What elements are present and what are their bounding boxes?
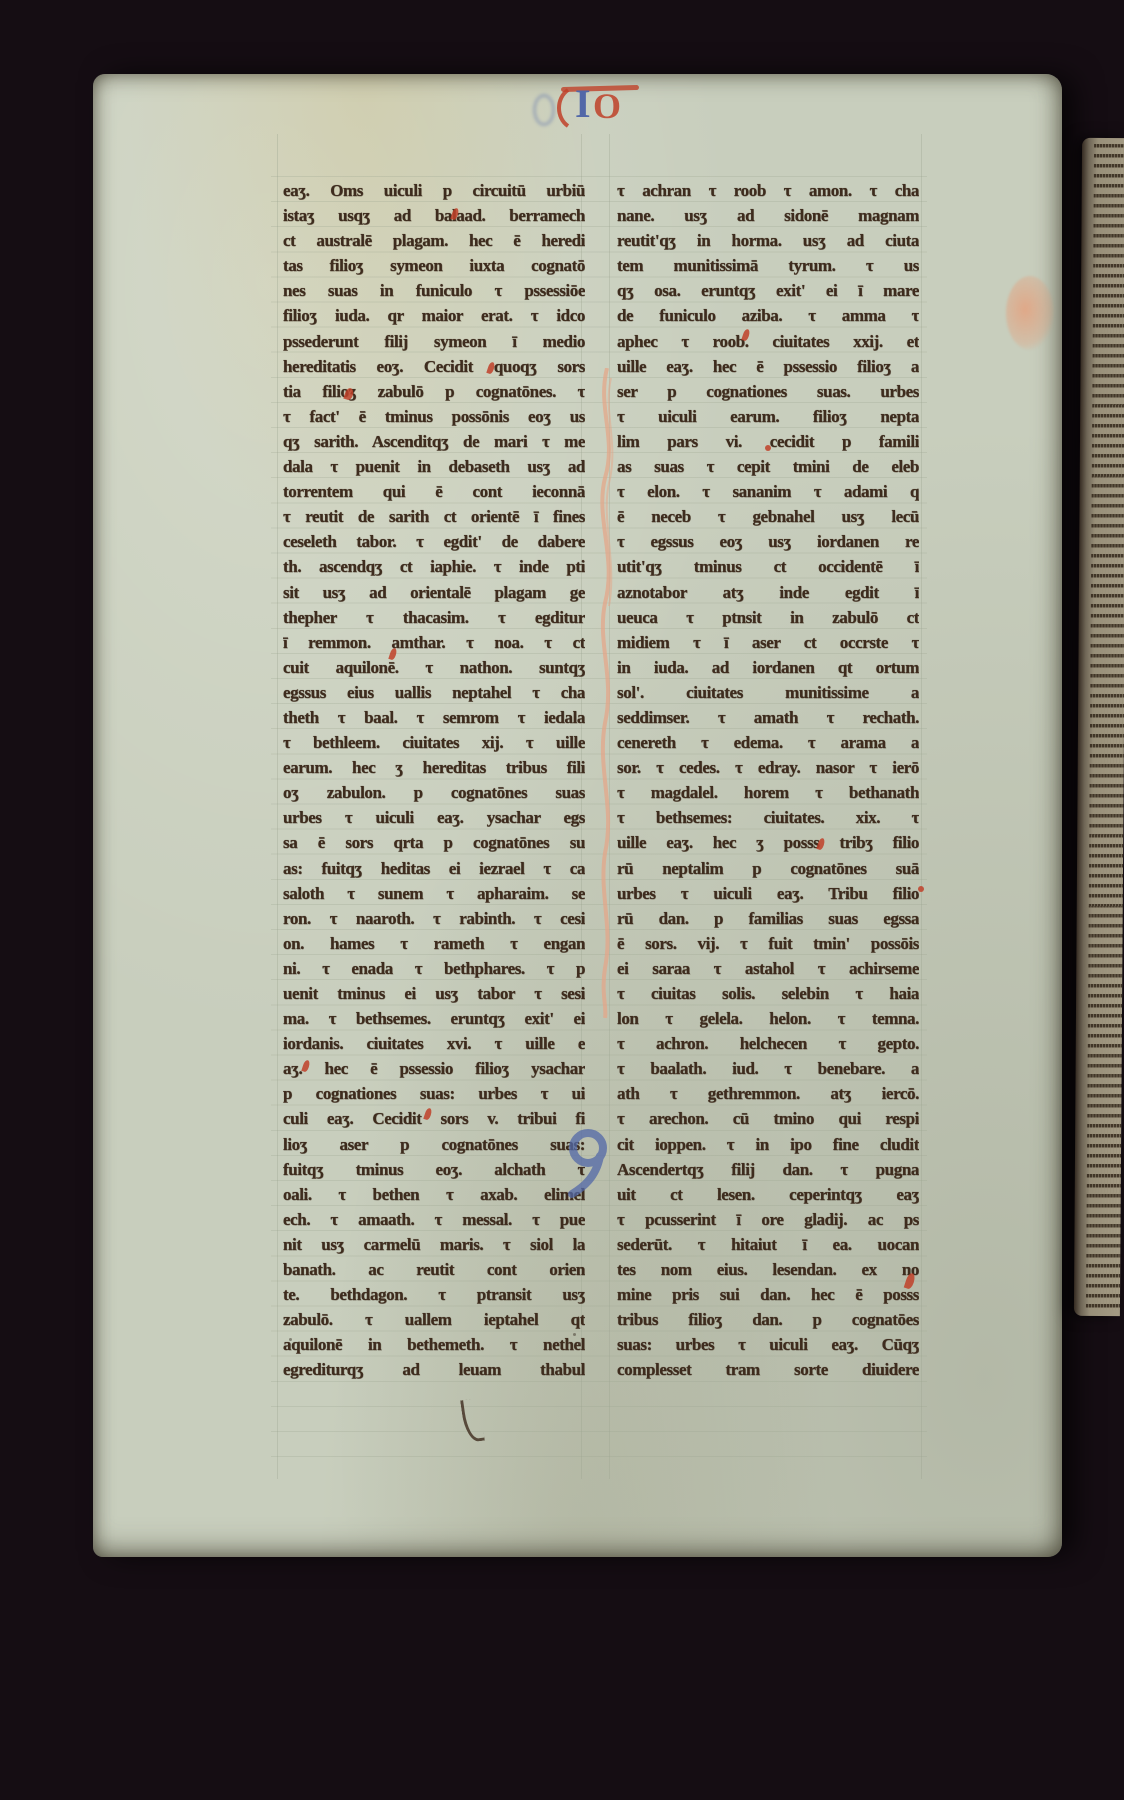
facing-page-edge <box>1074 138 1124 1316</box>
blue-paraph-mark <box>564 1126 610 1200</box>
text-line: ct australē plagam. hec ē heredi <box>283 228 585 253</box>
text-line: ceseleth tabor. τ egdit' de dabere <box>283 529 585 554</box>
text-line: ei saraa τ astahol τ achirseme <box>617 956 919 981</box>
text-column-left: eaʒ. Oms uiculi p circuitū urbiūistaʒ us… <box>283 178 585 1390</box>
text-line: tas filioʒ symeon iuxta cognatō <box>283 253 585 278</box>
text-line: saloth τ sunem τ apharaim. se <box>283 881 585 906</box>
text-line: aʒ. hec ē pssessio filioʒ ysachar <box>283 1056 585 1081</box>
rubric-mark <box>765 445 771 451</box>
prick-mark <box>289 1338 292 1341</box>
text-line: τ reutit de sarith ct orientē ī fines <box>283 504 585 529</box>
text-line: in iuda. ad iordanen qt ortum <box>617 655 919 680</box>
text-line: ma. τ bethsemes. eruntqʒ exit' ei <box>283 1006 585 1031</box>
penwork-flourish <box>593 368 621 1018</box>
manuscript-photo: I O eaʒ. Oms uiculi p circuitū urbiūista… <box>0 0 1124 1800</box>
text-line: τ baalath. iud. τ benebare. a <box>617 1056 919 1081</box>
text-line: cuit aquilonē. τ nathon. suntqʒ <box>283 655 585 680</box>
text-line: nes suas in funiculo τ pssessiōe <box>283 278 585 303</box>
text-line: nane. usʒ ad sidonē magnam <box>617 203 919 228</box>
text-line: p cognationes suas: urbes τ ui <box>283 1081 585 1106</box>
text-line: τ pcusserint ī ore gladij. ac ps <box>617 1207 919 1232</box>
text-line: midiem τ ī aser ct occrste τ <box>617 630 919 655</box>
text-line: torrentem qui ē cont ieconnā <box>283 479 585 504</box>
text-line: sederūt. τ hitaiut ī ea. uocan <box>617 1232 919 1257</box>
text-line: hereditatis eoʒ. Cecidit quoqʒ sors <box>283 354 585 379</box>
text-line: complesset tram sorte diuidere <box>617 1357 919 1382</box>
text-line: τ magdalel. horem τ bethanath <box>617 780 919 805</box>
text-line: filioʒ iuda. qr maior erat. τ idco <box>283 303 585 328</box>
text-line: uenit tminus ei usʒ tabor τ sesi <box>283 981 585 1006</box>
text-line: egrediturqʒ ad leuam thabul <box>283 1357 585 1382</box>
text-line: aphec τ roob. ciuitates xxij. et <box>617 329 919 354</box>
text-line: τ uiculi earum. filioʒ nepta <box>617 404 919 429</box>
text-line: sor. τ cedes. τ edray. nasor τ ierō <box>617 755 919 780</box>
text-line: ueuca τ ptnsit in zabulō ct <box>617 605 919 630</box>
text-line: τ egssus eoʒ usʒ iordanen re <box>617 529 919 554</box>
text-line: dala τ puenit in debaseth usʒ ad <box>283 454 585 479</box>
text-line: earum. hec ʒ hereditas tribus fili <box>283 755 585 780</box>
text-line: ser p cognationes suas. urbes <box>617 379 919 404</box>
running-title-letter-blue: I <box>575 84 591 124</box>
text-line: istaʒ usqʒ ad balaad. berramech <box>283 203 585 228</box>
text-line: ni. τ enada τ bethphares. τ p <box>283 956 585 981</box>
text-line: seddimser. τ amath τ rechath. <box>617 705 919 730</box>
text-line: rū dan. p familias suas egssa <box>617 906 919 931</box>
text-line: as: fuitqʒ heditas ei iezrael τ ca <box>283 856 585 881</box>
prick-mark <box>573 1333 576 1336</box>
text-line: de funiculo aziba. τ amma τ <box>617 303 919 328</box>
text-line: as suas τ cepit tmini de eleb <box>617 454 919 479</box>
text-line: ath τ gethremmon. atʒ iercō. <box>617 1081 919 1106</box>
manuscript-page: I O eaʒ. Oms uiculi p circuitū urbiūista… <box>93 74 1062 1557</box>
text-line: culi eaʒ. Cecidit sors v. tribui fi <box>283 1106 585 1131</box>
text-line: fuitqʒ tminus eoʒ. alchath τ <box>283 1157 585 1182</box>
rubric-mark <box>918 886 924 892</box>
text-line: ron. τ naaroth. τ rabinth. τ cesi <box>283 906 585 931</box>
running-title-letter-red: O <box>593 88 621 124</box>
text-line: zabulō. τ uallem ieptahel qt <box>283 1307 585 1332</box>
text-line: τ achran τ roob τ amon. τ cha <box>617 178 919 203</box>
text-line: utit'qʒ tminus ct occidentē ī <box>617 554 919 579</box>
text-line: sa ē sors qrta p cognatōnes su <box>283 830 585 855</box>
text-line: egssus eius uallis neptahel τ cha <box>283 680 585 705</box>
text-line: τ ciuitas solis. selebin τ haia <box>617 981 919 1006</box>
text-line: on. hames τ rameth τ engan <box>283 931 585 956</box>
text-line: Ascendertqʒ filij dan. τ pugna <box>617 1157 919 1182</box>
text-line: ech. τ amaath. τ messal. τ pue <box>283 1207 585 1232</box>
text-line: lioʒ aser p cognatōnes suas: <box>283 1132 585 1157</box>
penwork-flourish-icon <box>553 88 571 128</box>
text-line: thepher τ thacasim. τ egditur <box>283 605 585 630</box>
text-line: tia filioʒ zabulō p cognatōnes. τ <box>283 379 585 404</box>
ruling-vertical-right <box>921 134 922 1479</box>
text-column-right: τ achran τ roob τ amon. τ chanane. usʒ a… <box>617 178 919 1390</box>
text-line: cenereth τ edema. τ arama a <box>617 730 919 755</box>
ruling-vertical-left <box>277 134 278 1479</box>
text-line: th. ascendqʒ ct iaphie. τ inde pti <box>283 554 585 579</box>
descender-flourish <box>460 1398 485 1443</box>
text-line: τ achron. helchecen τ gepto. <box>617 1031 919 1056</box>
text-line: τ bethleem. ciuitates xij. τ uille <box>283 730 585 755</box>
text-line: reutit'qʒ in horma. usʒ ad ciuta <box>617 228 919 253</box>
text-line: theth τ baal. τ semrom τ iedala <box>283 705 585 730</box>
text-line: tem munitissimā tyrum. τ us <box>617 253 919 278</box>
text-line: eaʒ. Oms uiculi p circuitū urbiū <box>283 178 585 203</box>
text-line: τ arechon. cū tmino qui respi <box>617 1106 919 1131</box>
text-line: oali. τ bethen τ axab. elimel <box>283 1182 585 1207</box>
text-line: τ elon. τ sananim τ adami q <box>617 479 919 504</box>
text-line: mine pris sui dan. hec ē posss <box>617 1282 919 1307</box>
text-line: sit usʒ ad orientalē plagam ge <box>283 580 585 605</box>
ink-bleedthrough-mark <box>533 94 555 126</box>
text-line: aquilonē in bethemeth. τ nethel <box>283 1332 585 1357</box>
text-line: te. bethdagon. τ ptransit usʒ <box>283 1282 585 1307</box>
text-line: uit ct lesen. ceperintqʒ eaʒ <box>617 1182 919 1207</box>
text-line: qʒ osa. eruntqʒ exit' ei ī mare <box>617 278 919 303</box>
text-line: nit usʒ carmelū maris. τ siol la <box>283 1232 585 1257</box>
text-line: sol'. ciuitates munitissime a <box>617 680 919 705</box>
text-line: τ bethsemes: ciuitates. xix. τ <box>617 805 919 830</box>
text-line: lon τ gelela. helon. τ temna. <box>617 1006 919 1031</box>
pigment-offset-stain <box>1006 276 1054 350</box>
facing-page-text <box>1086 144 1124 1310</box>
text-line: urbes τ uiculi eaʒ. ysachar egs <box>283 805 585 830</box>
prick-mark <box>578 1342 581 1345</box>
text-line: iordanis. ciuitates xvi. τ uille e <box>283 1031 585 1056</box>
text-line: ē neceb τ gebnahel usʒ lecū <box>617 504 919 529</box>
text-line: pssederunt filij symeon ī medio <box>283 329 585 354</box>
text-line: uille eaʒ. hec ē pssessio filioʒ a <box>617 354 919 379</box>
text-line: rū neptalim p cognatōnes suā <box>617 856 919 881</box>
text-line: tribus filioʒ dan. p cognatōes <box>617 1307 919 1332</box>
text-line: urbes τ uiculi eaʒ. Tribu filio <box>617 881 919 906</box>
text-line: oʒ zabulon. p cognatōnes suas <box>283 780 585 805</box>
text-line: banath. ac reutit cont orien <box>283 1257 585 1282</box>
text-line: aznotabor atʒ inde egdit ī <box>617 580 919 605</box>
text-line: uille eaʒ. hec ʒ posss tribʒ filio <box>617 830 919 855</box>
text-line: suas: urbes τ uiculi eaʒ. Cūqʒ <box>617 1332 919 1357</box>
text-line: tes nom eius. lesendan. ex no <box>617 1257 919 1282</box>
text-line: cit ioppen. τ in ipo fine cludit <box>617 1132 919 1157</box>
text-line: ē sors. vij. τ fuit tmin' possōis <box>617 931 919 956</box>
text-line: qʒ sarith. Ascenditqʒ de mari τ me <box>283 429 585 454</box>
text-line: τ fact' ē tminus possōnis eoʒ us <box>283 404 585 429</box>
text-line: ī remmon. amthar. τ noa. τ ct <box>283 630 585 655</box>
